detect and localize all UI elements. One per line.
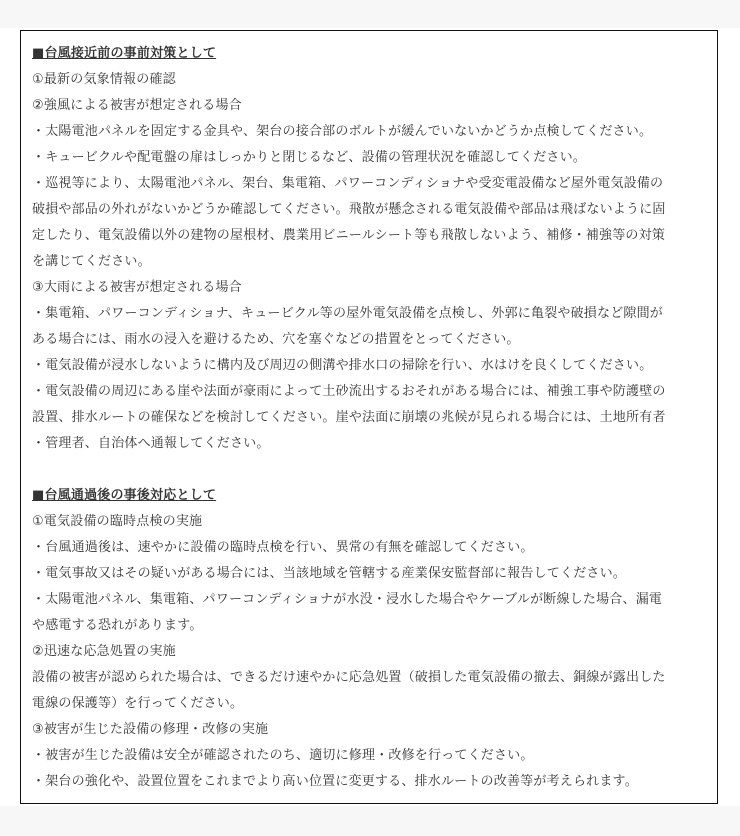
bullet-line: ・巡視等により、太陽電池パネル、架台、集電箱、パワーコンディショナや受変電設備な… [32, 171, 705, 197]
bullet-line-continued: ある場合には、雨水の浸入を避けるため、穴を塞ぐなどの措置をとってください。 [32, 327, 705, 353]
section-heading-after: ■台風通過後の事後対応として [32, 483, 705, 509]
bullet-line: ・被害が生じた設備は安全が確認されたのち、適切に修理・改修を行ってください。 [32, 743, 705, 769]
bullet-line: ・太陽電池パネル、集電箱、パワーコンディショナが水没・浸水した場合やケーブルが断… [32, 587, 705, 613]
page-top-band [0, 0, 740, 30]
subheading-repair: ③被害が生じた設備の修理・改修の実施 [32, 717, 705, 743]
bullet-line-continued: や感電する恐れがあります。 [32, 613, 705, 639]
section-before-typhoon: ■台風接近前の事前対策として ①最新の気象情報の確認 ②強風による被害が想定され… [32, 41, 705, 457]
bullet-line: ・電気事故又はその疑いがある場合には、当該地域を管轄する産業保安監督部に報告して… [32, 561, 705, 587]
section-heading-before: ■台風接近前の事前対策として [32, 41, 705, 67]
bullet-line: ・太陽電池パネルを固定する金具や、架台の接合部のボルトが緩んでいないかどうか点検… [32, 119, 705, 145]
subheading-heavy-rain: ③大雨による被害が想定される場合 [32, 275, 705, 301]
bullet-line: ・集電箱、パワーコンディショナ、キュービクル等の屋外電気設備を点検し、外郭に亀裂… [32, 301, 705, 327]
bullet-line: ・架台の強化や、設置位置をこれまでより高い位置に変更する、排水ルートの改善等が考… [32, 769, 705, 795]
subheading-temporary-inspection: ①電気設備の臨時点検の実施 [32, 509, 705, 535]
paragraph-line-continued: 電線の保護等）を行ってください。 [32, 691, 705, 717]
subheading-emergency-measures: ②迅速な応急処置の実施 [32, 639, 705, 665]
bullet-line: ・キュービクルや配電盤の扉はしっかりと閉じるなど、設備の管理状況を確認してくださ… [32, 145, 705, 171]
bullet-line-continued: 定したり、電気設備以外の建物の屋根材、農業用ビニールシート等も飛散しないよう、補… [32, 223, 705, 249]
bullet-line-continued: 破損や部品の外れがないかどうか確認してください。飛散が懸念される電気設備や部品は… [32, 197, 705, 223]
bullet-line: ・台風通過後は、速やかに設備の臨時点検を行い、異常の有無を確認してください。 [32, 535, 705, 561]
typhoon-notice-box: ■台風接近前の事前対策として ①最新の気象情報の確認 ②強風による被害が想定され… [20, 30, 718, 804]
bullet-line: ・電気設備が浸水しないように構内及び周辺の側溝や排水口の掃除を行い、水はけを良く… [32, 353, 705, 379]
subheading-weather-info: ①最新の気象情報の確認 [32, 67, 705, 93]
bullet-line: ・電気設備の周辺にある崖や法面が豪雨によって土砂流出するおそれがある場合には、補… [32, 379, 705, 405]
section-spacer [32, 457, 705, 483]
section-after-typhoon: ■台風通過後の事後対応として ①電気設備の臨時点検の実施 ・台風通過後は、速やか… [32, 483, 705, 795]
subheading-strong-wind: ②強風による被害が想定される場合 [32, 93, 705, 119]
bullet-line-continued: 設置、排水ルートの確保などを検討してください。崖や法面に崩壊の兆候が見られる場合… [32, 405, 705, 431]
paragraph-line: 設備の被害が認められた場合は、できるだけ速やかに応急処置（破損した電気設備の撤去… [32, 665, 705, 691]
bullet-line-continued: を講じてください。 [32, 249, 705, 275]
bullet-line-continued: ・管理者、自治体へ通報してください。 [32, 431, 705, 457]
